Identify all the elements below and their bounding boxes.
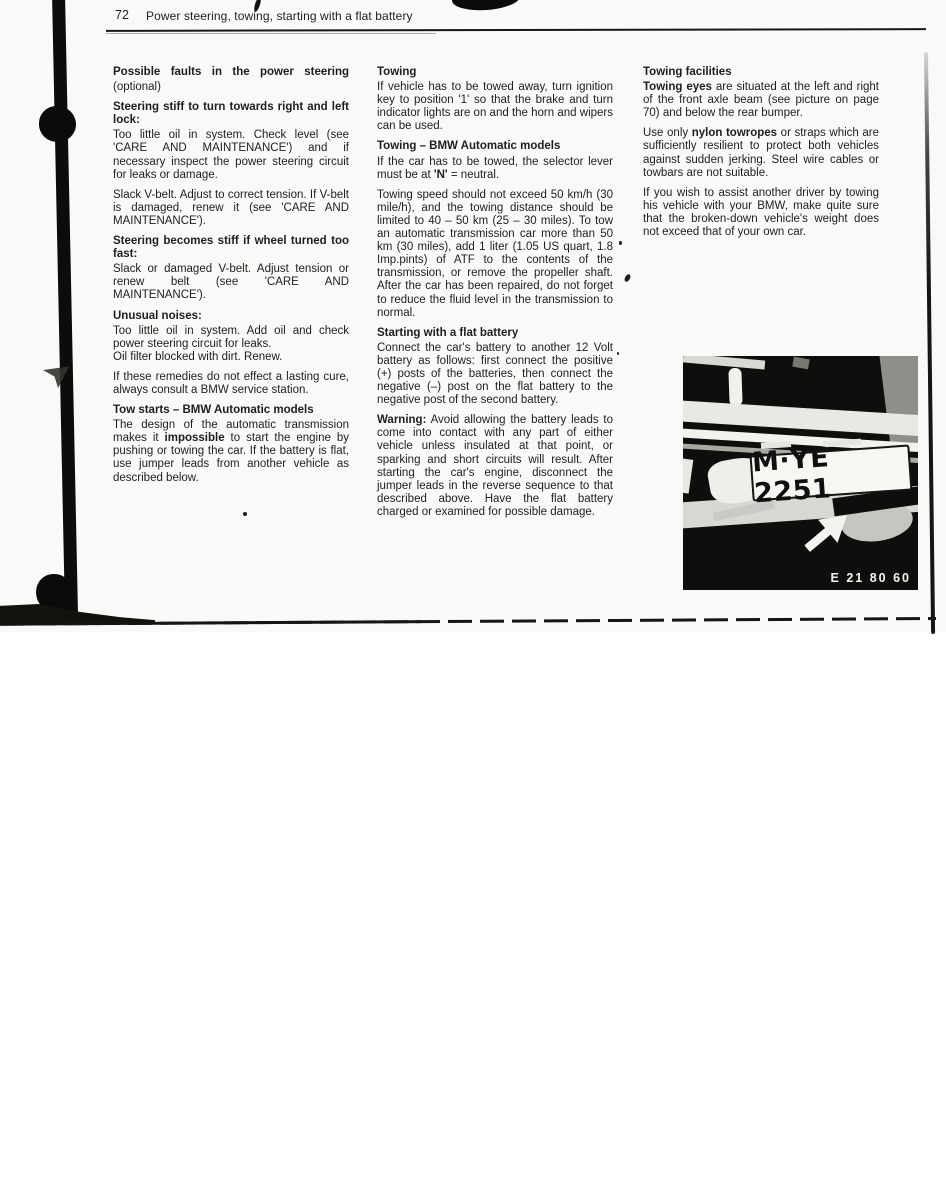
paragraph-tow-starts: The design of the automatic transmission…: [113, 419, 349, 484]
page-number: 72: [115, 8, 129, 22]
heading-towing: Towing: [377, 66, 613, 79]
speck: [617, 352, 619, 355]
paragraph-towing-eyes: Towing eyes are situated at the left and…: [643, 81, 879, 120]
heading-flat-battery: Starting with a flat battery: [377, 327, 613, 340]
heading-optional-note: (optional): [113, 81, 349, 94]
header-rule-shadow: [106, 33, 436, 34]
photo-gray-patch: [792, 357, 809, 370]
bold-text-neutral: 'N': [434, 169, 448, 181]
subheading-steering-stiff: Steering stiff to turn towards right and…: [113, 101, 349, 127]
photo-edge-highlight: [683, 458, 693, 493]
paragraph-nylon-towropes: Use only nylon towropes or straps which …: [643, 127, 879, 179]
bold-text-warning: Warning:: [377, 414, 426, 426]
punch-hole-top: [39, 106, 76, 142]
column-towing-facilities: Towing facilities Towing eyes are situat…: [643, 66, 879, 246]
speck: [619, 241, 622, 245]
photo-highlight: [683, 356, 765, 370]
column-power-steering-faults: Possible faults in the power steering (o…: [113, 66, 349, 492]
paragraph-slack-vbelt: Slack V-belt. Adjust to correct tension.…: [113, 189, 349, 228]
subheading-steering-becomes-stiff: Steering becomes stiff if wheel turned t…: [113, 235, 349, 261]
paragraph-selector-lever: If the car has to be towed, the selector…: [377, 156, 613, 182]
bold-text-impossible: impossible: [165, 432, 225, 444]
column-towing: Towing If vehicle has to be towed away, …: [377, 66, 613, 526]
reflector-highlight: [728, 368, 742, 406]
paragraph-too-little-oil: Too little oil in system. Check level (s…: [113, 129, 349, 181]
paragraph-assist-another-driver: If you wish to assist another driver by …: [643, 187, 879, 239]
paragraph-towed-away: If vehicle has to be towed away, turn ig…: [377, 81, 613, 133]
license-plate-text: M·YE 2251: [751, 437, 911, 510]
text-segment: Use only: [643, 127, 692, 139]
rear-bumper-photo: M·YE 2251 E 21 80 60: [683, 356, 918, 590]
paragraph-slack-or-damaged-vbelt: Slack or damaged V-belt. Adjust tension …: [113, 263, 349, 302]
subheading-unusual-noises: Unusual noises:: [113, 310, 349, 323]
text-segment: Avoid allowing the battery leads to come…: [377, 414, 613, 518]
subheading-tow-starts: Tow starts – BMW Automatic models: [113, 404, 349, 417]
page-title: Power steering, towing, starting with a …: [146, 9, 413, 23]
heading-towing-facilities: Towing facilities: [643, 66, 879, 79]
photo-reference-code: E 21 80 60: [831, 571, 911, 585]
manual-page-scan: 72 Power steering, towing, starting with…: [0, 0, 946, 1200]
speck: [243, 512, 247, 516]
paragraph-add-oil: Too little oil in system. Add oil and ch…: [113, 325, 349, 351]
paragraph-warning: Warning: Avoid allowing the battery lead…: [377, 414, 613, 519]
paragraph-connect-battery: Connect the car's battery to another 12 …: [377, 342, 613, 407]
bold-text-towing-eyes: Towing eyes: [643, 81, 712, 93]
heading-possible-faults: Possible faults in the power steering: [113, 66, 349, 79]
license-plate: M·YE 2251: [750, 444, 913, 501]
paragraph-towing-speed: Towing speed should not exceed 50 km/h (…: [377, 189, 613, 320]
bold-text-nylon-towropes: nylon towropes: [692, 127, 777, 139]
paragraph-remedies: If these remedies do not effect a lastin…: [113, 371, 349, 397]
paragraph-oil-filter: Oil filter blocked with dirt. Renew.: [113, 351, 349, 364]
text-segment: = neutral.: [448, 169, 499, 181]
heading-towing-automatic: Towing – BMW Automatic models: [377, 140, 613, 153]
